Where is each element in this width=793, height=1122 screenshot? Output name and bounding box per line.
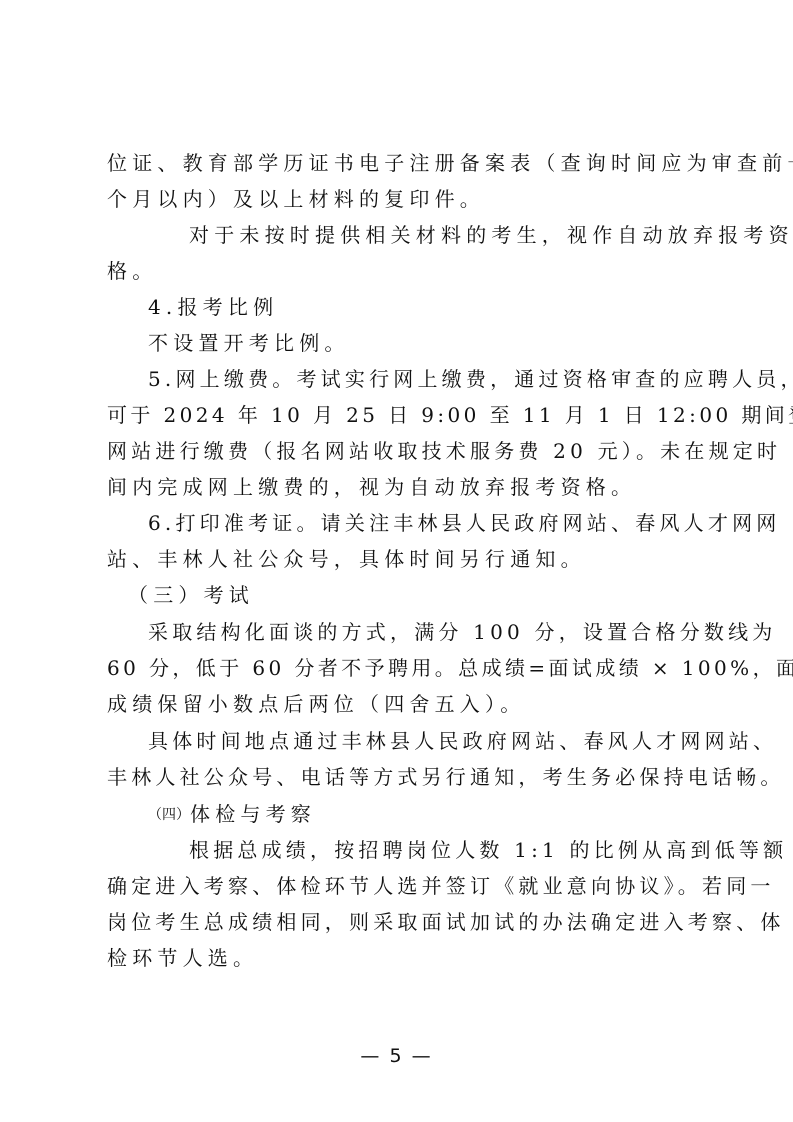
paragraph-line: 间内完成网上缴费的，视为自动放弃报考资格。 xyxy=(107,475,697,499)
paragraph-line: 60 分，低于 60 分者不予聘用。总成绩=面试成绩 × 100%，面试 xyxy=(107,656,697,680)
paragraph-line: 确定进入考察、体检环节人选并签订《就业意向协议》。若同一 xyxy=(107,874,697,898)
paragraph-line: 个月以内）及以上材料的复印件。 xyxy=(107,187,697,211)
paragraph-line: 丰林人社公众号、电话等方式另行通知，考生务必保持电话畅。 xyxy=(107,765,697,789)
paragraph-line: 不设置开考比例。 xyxy=(148,331,738,355)
paragraph-line: 对于未按时提供相关材料的考生，视作自动放弃报考资 xyxy=(189,223,779,247)
paragraph-line: 成绩保留小数点后两位（四舍五入）。 xyxy=(107,692,697,716)
section-title: 体检与考察 xyxy=(190,802,316,826)
paragraph-line: 采取结构化面谈的方式，满分 100 分，设置合格分数线为 xyxy=(148,620,738,644)
paragraph-line: 检环节人选。 xyxy=(107,946,697,970)
paragraph-line: 位证、教育部学历证书电子注册备案表（查询时间应为审查前一 xyxy=(107,151,697,175)
paragraph-line: 网站进行缴费（报名网站收取技术服务费 20 元）。未在规定时 xyxy=(107,439,697,463)
paragraph-line: 具体时间地点通过丰林县人民政府网站、春风人才网网站、 xyxy=(148,729,738,753)
section-heading-exam: （三）考试 xyxy=(128,583,718,607)
document-page: 位证、教育部学历证书电子注册备案表（查询时间应为审查前一 个月以内）及以上材料的… xyxy=(0,0,793,1122)
paragraph-line: 5.网上缴费。考试实行网上缴费，通过资格审查的应聘人员， xyxy=(148,367,738,391)
paragraph-line: 根据总成绩，按招聘岗位人数 1:1 的比例从高到低等额 xyxy=(189,838,779,862)
section-number: （四） xyxy=(148,807,190,823)
paragraph-line: 6.打印准考证。请关注丰林县人民政府网站、春风人才网网 xyxy=(148,511,738,535)
section-heading-registration-ratio: 4.报考比例 xyxy=(148,295,738,319)
paragraph-line: 可于 2024 年 10 月 25 日 9:00 至 11 月 1 日 12:0… xyxy=(107,403,697,427)
paragraph-line: 站、丰林人社公众号，具体时间另行通知。 xyxy=(107,547,697,571)
section-heading-physical-exam: （四）体检与考察 xyxy=(148,802,738,826)
page-number: — 5 — xyxy=(0,1045,793,1067)
paragraph-line: 格。 xyxy=(107,259,697,283)
paragraph-line: 岗位考生总成绩相同，则采取面试加试的办法确定进入考察、体 xyxy=(107,910,697,934)
